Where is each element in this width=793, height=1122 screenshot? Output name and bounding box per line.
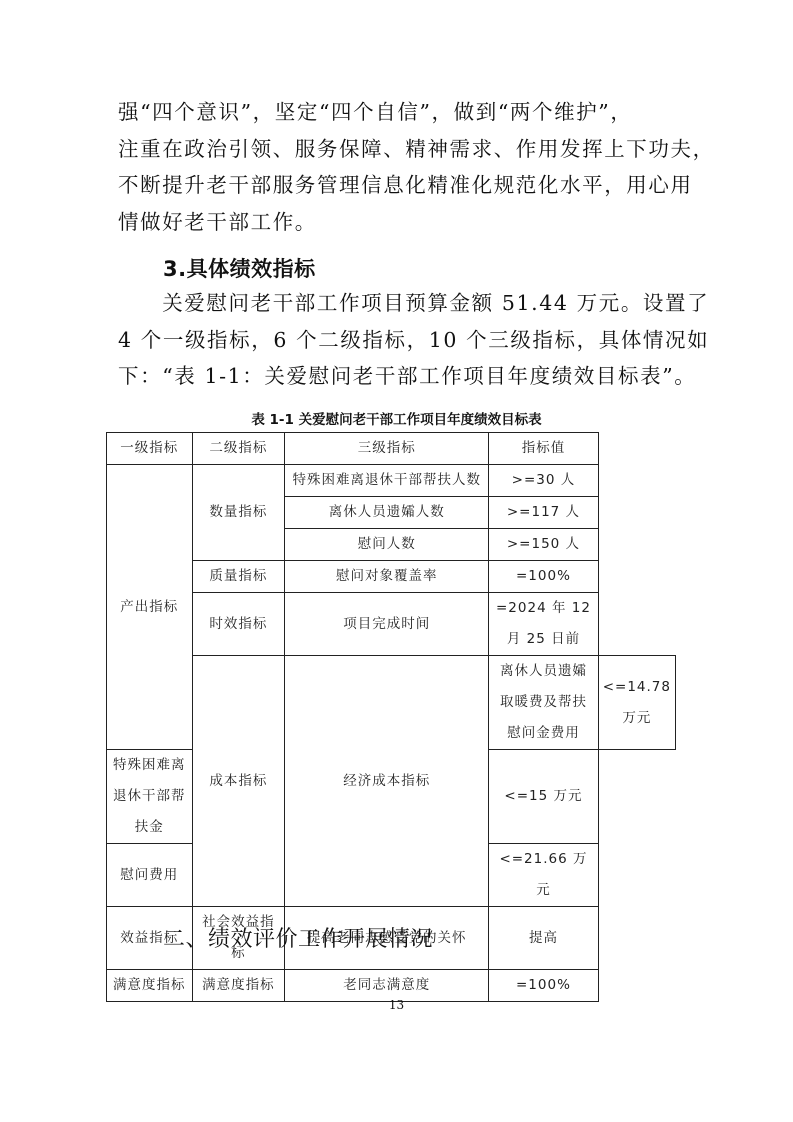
level2-cell: 数量指标 [192,465,285,561]
paragraph-line: 情做好老干部工作。 [118,204,680,241]
paragraph-line: 下：“表 1-1：关爱慰问老干部工作项目年度绩效目标表”。 [118,358,680,395]
level3-cell: 离休人员遗孀人数 [285,497,489,529]
value-cell: <=15 万元 [489,750,599,844]
level3-cell: 慰问对象覆盖率 [285,561,489,593]
value-cell: >=150 人 [489,529,599,561]
paragraph-line: 注重在政治引领、服务保障、精神需求、作用发挥上下功夫， [118,131,680,168]
value-cell: =100% [489,561,599,593]
header-level2: 二级指标 [192,433,285,465]
section-heading-2: 二、绩效评价工作开展情况 [163,922,433,953]
value-cell: <=21.66 万元 [489,844,599,907]
value-cell: <=14.78 万元 [598,656,675,750]
intro-paragraph: 强“四个意识”，坚定“四个自信”，做到“两个维护”， 注重在政治引领、服务保障、… [118,94,680,240]
section-heading-3: 3.具体绩效指标 [163,253,316,283]
level3-cell: 离休人员遗孀取暖费及帮扶慰问金费用 [489,656,599,750]
performance-target-table: 一级指标 二级指标 三级指标 指标值 产出指标 数量指标 特殊困难离退休干部帮扶… [106,432,676,1002]
level3-cell: 慰问人数 [285,529,489,561]
paragraph-line: 4 个一级指标，6 个二级指标，10 个三级指标，具体情况如 [118,322,680,359]
table-row: 质量指标 慰问对象覆盖率 =100% [107,561,676,593]
level3-cell: 老同志满意度 [285,970,489,1002]
level3-cell: 特殊困难离退休干部帮扶人数 [285,465,489,497]
value-cell: =2024 年 12 月 25 日前 [489,593,599,656]
table-row: 时效指标 项目完成时间 =2024 年 12 月 25 日前 [107,593,676,656]
level3-cell: 特殊困难离退休干部帮扶金 [107,750,193,844]
header-level3: 三级指标 [285,433,489,465]
value-cell: =100% [489,970,599,1002]
level1-cell: 满意度指标 [107,970,193,1002]
paragraph-line: 关爱慰问老干部工作项目预算金额 51.44 万元。设置了 [118,285,680,322]
table-row: 成本指标 经济成本指标 离休人员遗孀取暖费及帮扶慰问金费用 <=14.78 万元 [107,656,676,750]
level2-cell: 满意度指标 [192,970,285,1002]
value-cell: >=30 人 [489,465,599,497]
header-level1: 一级指标 [107,433,193,465]
value-cell: 提高 [489,907,599,970]
paragraph-line: 强“四个意识”，坚定“四个自信”，做到“两个维护”， [118,94,680,131]
table-row: 产出指标 数量指标 特殊困难离退休干部帮扶人数 >=30 人 [107,465,676,497]
level3-cell: 慰问费用 [107,844,193,907]
header-value: 指标值 [489,433,599,465]
section3-paragraph: 关爱慰问老干部工作项目预算金额 51.44 万元。设置了 4 个一级指标，6 个… [118,285,680,395]
level1-cell: 产出指标 [107,465,193,750]
level3-cell: 项目完成时间 [285,593,489,656]
table-row: 满意度指标 满意度指标 老同志满意度 =100% [107,970,676,1002]
paragraph-line: 不断提升老干部服务管理信息化精准化规范化水平，用心用 [118,167,680,204]
table-header-row: 一级指标 二级指标 三级指标 指标值 [107,433,676,465]
level2-cell: 时效指标 [192,593,285,656]
level2-cell: 经济成本指标 [285,656,489,907]
level1-cell: 成本指标 [192,656,285,907]
level2-cell: 质量指标 [192,561,285,593]
value-cell: >=117 人 [489,497,599,529]
page-number: 13 [0,998,793,1012]
table-caption: 表 1-1 关爱慰问老干部工作项目年度绩效目标表 [0,408,793,428]
